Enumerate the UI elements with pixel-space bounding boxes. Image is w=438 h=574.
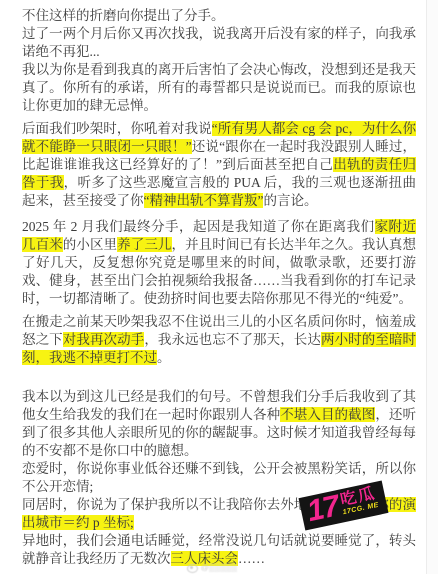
paragraph: 2025 年 2 月我们最终分手，起因是我知道了你在距离我们家附近几百米的小区里…: [22, 218, 416, 308]
paragraph: 我以为你是看到我真的离开后害怕了会决心悔改，没想到还是我天真了。你所有的承诺，所…: [22, 61, 416, 115]
post-screenshot: 不住这样的折磨向你提出了分手。过了一两个月后你又再次找我，说我离开后没有家的样子…: [0, 0, 438, 574]
stamp-right-column: 吃瓜 17CG. ME: [339, 486, 380, 517]
text-segment: 的小区里: [63, 237, 117, 252]
highlighted-text: 养了三儿: [117, 237, 171, 252]
text-segment: 。: [157, 350, 171, 365]
text-segment: 不住这样的折磨向你提出了分手。: [22, 8, 225, 23]
text-segment: 2025 年 2 月我们最终分手，起因是我知道了你在距离我们: [22, 219, 375, 234]
text-segment: 过了一两个月后你又再次找我，说我离开后没有家的样子，向我承诺绝不再犯...: [22, 26, 416, 59]
text-segment: 我以为你是看到我真的离开后害怕了会决心悔改，没想到还是我天真了。你所有的承诺，所…: [22, 62, 416, 113]
weibo-watermark: @▒▒▒▒▒: [0, 563, 424, 573]
highlighted-text: 对我再次动手: [63, 332, 145, 347]
weibo-watermark-text: @▒▒▒▒▒: [201, 563, 237, 573]
paragraph: 不住这样的折磨向你提出了分手。: [22, 7, 416, 25]
paragraph: 后面我们吵架时，你吼着对我说“所有男人都会 cg 会 pc，为什么你就不能睁一只…: [22, 120, 416, 210]
post-text: 不住这样的折磨向你提出了分手。过了一两个月后你又再次找我，说我离开后没有家的样子…: [22, 7, 416, 568]
paragraph: 我本以为到这儿已经是我们的句号。不曾想我们分手后我收到了其他女生给我发的我们在一…: [22, 388, 416, 460]
weibo-eye-icon: [187, 564, 198, 573]
text-segment: 后面我们吵架时，你吼着对我说: [22, 121, 212, 136]
paragraph: 过了一两个月后你又再次找我，说我离开后没有家的样子，向我承诺绝不再犯...: [22, 25, 416, 61]
text-segment: 的言论。: [263, 193, 317, 208]
text-segment: ，我永远也忘不了那天，长达: [144, 332, 321, 347]
page-edge: [426, 0, 438, 574]
paragraph: 在搬走之前某天吵架我忍不住说出三儿的小区名质问你时，恼羞成怒之下对我再次动手，我…: [22, 313, 416, 367]
highlighted-text: 不堪入目的截图: [280, 407, 375, 422]
highlighted-text: “精神出轨不算背叛”: [144, 193, 264, 208]
stamp-17-text: 17: [305, 492, 341, 525]
